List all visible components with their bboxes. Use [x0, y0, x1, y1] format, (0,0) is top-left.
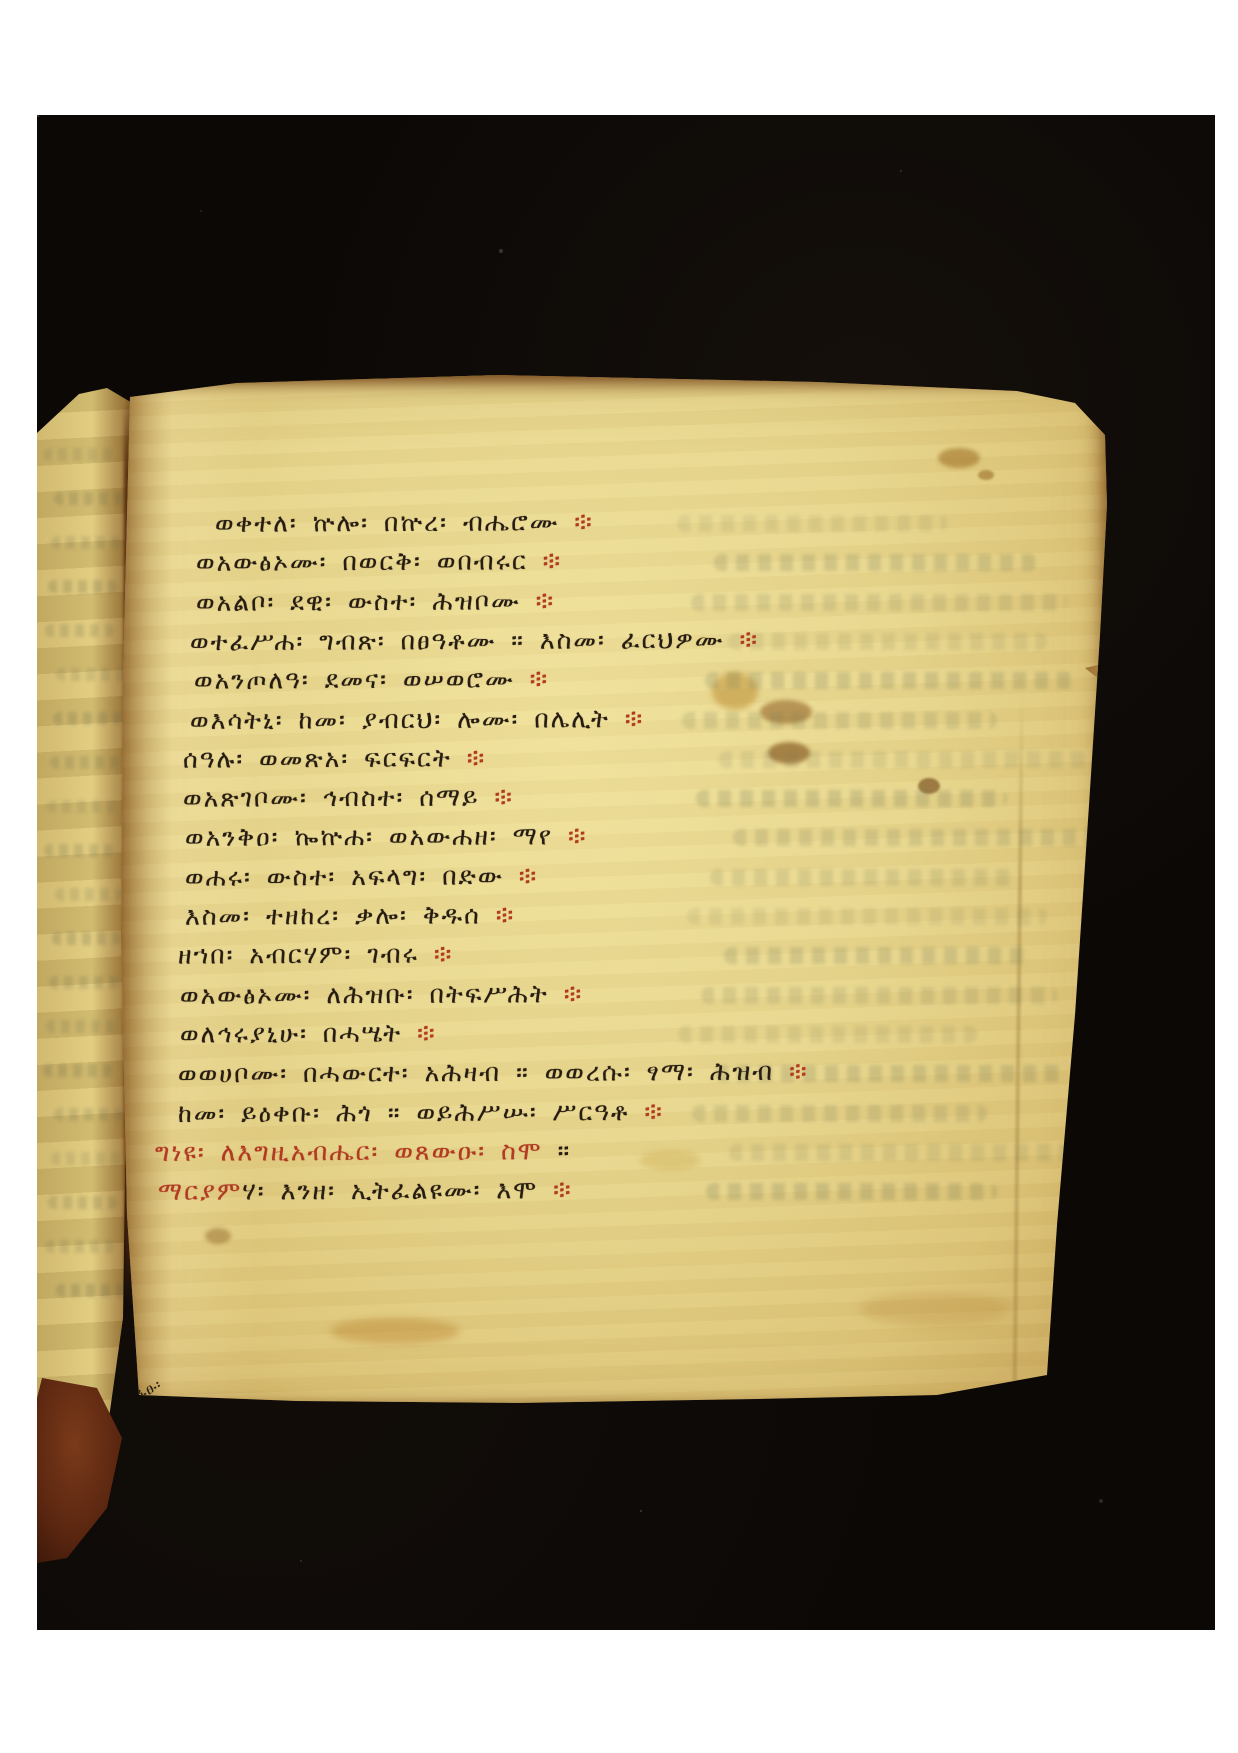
bleed-through-row	[692, 1105, 987, 1122]
bleed-through-row	[55, 888, 125, 901]
bleed-through-row	[728, 633, 1047, 650]
manuscript-line: ከመ፡ ይዕቀቡ፡ ሕጎ ። ወይሕሥሡ፡ ሥርዓቶ ፨	[178, 1093, 664, 1135]
manuscript-text-segment: ወአንጦለዓ፡ ደመና፡ ወሠወሮሙ	[194, 665, 515, 695]
manuscript-line: ወቀተለ፡ ኵሎ፡ በኵረ፡ ብሔሮሙ ፨	[215, 504, 594, 546]
manuscript-text-segment: ወቀተለ፡ ኵሎ፡ በኵረ፡ ብሔሮሙ	[215, 507, 559, 538]
bleed-through-row	[706, 1183, 997, 1200]
manuscript-line: ወአንጦለዓ፡ ደመና፡ ወሠወሮሙ ፨	[194, 661, 549, 703]
manuscript-line: ግነዩ፡ ለእግዚአብሔር፡ ወጸውዑ፡ ስሞ ።	[155, 1133, 571, 1175]
manuscript-text-segment: ወእሳትኒ፡ ከመ፡ ያብርህ፡ ሎሙ፡ በሌሊት	[190, 704, 610, 735]
bleed-through-row	[687, 908, 1047, 925]
manuscript-text-segment: ፨	[419, 940, 454, 969]
bleed-through-row	[714, 554, 1037, 571]
manuscript-text-segment: ፨	[479, 782, 514, 811]
manuscript-text-segment: ፨	[538, 1175, 573, 1204]
bleed-through-row	[701, 987, 1057, 1004]
manuscript-line: ወተፈሥሐ፡ ግብጽ፡ በፀዓቶሙ ። እስመ፡ ፈርህዎሙ ፨	[190, 622, 759, 664]
stain	[640, 1150, 700, 1170]
manuscript-text-segment: ፨	[521, 586, 556, 615]
bleed-through-row	[56, 1284, 126, 1297]
manuscript-line: እስመ፡ ተዘከረ፡ ቃሎ፡ ቅዱሰ ፨	[185, 897, 515, 938]
corner-fold	[1085, 650, 1185, 712]
bleed-through-row	[678, 1026, 977, 1043]
manuscript-text-segment: ወአውፅኦሙ፡ ለሕዝቡ፡ በትፍሥሕት	[180, 979, 549, 1010]
bleed-through-row	[877, 1565, 1077, 1582]
spine-end	[37, 1378, 132, 1563]
manuscript-photo: ወቀተለ፡ ኵሎ፡ በኵረ፡ ብሔሮሙ ፨ወአውፅኦሙ፡ በወርቅ፡ ወበብሩር…	[37, 115, 1215, 1630]
manuscript-line: ወእሳትኒ፡ ከመ፡ ያብርህ፡ ሎሙ፡ በሌሊት ፨	[190, 701, 644, 743]
bleed-through-row	[54, 1108, 124, 1121]
manuscript-text-segment: ፨	[724, 625, 759, 654]
bleed-through-row	[45, 624, 115, 637]
scan-sheet: { "photo": { "background_color": "#0b080…	[0, 0, 1238, 1753]
manuscript-text-segment: ወአውፅኦሙ፡ በወርቅ፡ ወበብሩር	[196, 547, 528, 577]
stain	[205, 1228, 231, 1244]
manuscript-text-segment: ዘኀበ፡ አብርሃም፡ ገብሩ	[178, 940, 419, 970]
manuscript-text-segment: እስመ፡ ተዘከረ፡ ቃሎ፡ ቅዱሰ	[185, 900, 481, 930]
manuscript-text-segment: ፨	[553, 822, 588, 851]
manuscript-page: ወቀተለ፡ ኵሎ፡ በኵረ፡ ብሔሮሙ ፨ወአውፅኦሙ፡ በወርቅ፡ ወበብሩር…	[117, 375, 1112, 1415]
bleed-through-row	[50, 756, 120, 769]
manuscript-text-segment: ፨	[402, 1018, 437, 1047]
manuscript-text-segment: ፨	[559, 507, 594, 536]
bleed-through-row	[719, 751, 1087, 768]
manuscript-text-segment: ወአንቅዐ፡ ኰኵሐ፡ ወአውሐዘ፡ ማየ	[185, 822, 553, 853]
bleed-through-row	[729, 1144, 1077, 1161]
manuscript-line: ማርያምሃ፡ እንዘ፡ ኢትፈልዩሙ፡ እሞ ፨	[158, 1172, 573, 1214]
bleed-through-row	[44, 844, 114, 857]
bleed-through-row	[51, 536, 121, 549]
bleed-through-row	[48, 1196, 118, 1209]
manuscript-text-segment: ሰዓሉ፡ ወመጽአ፡ ፍርፍርት	[183, 743, 452, 773]
bleed-through-row	[56, 668, 126, 681]
stain	[330, 1318, 460, 1344]
manuscript-line: ወሐሩ፡ ውስተ፡ አፍላግ፡ በድው ፨	[185, 858, 538, 900]
manuscript-text-segment: ፨	[452, 743, 487, 772]
manuscript-text-segment: ፨	[629, 1096, 664, 1125]
manuscript-text-segment: ፨	[610, 704, 645, 733]
bleed-through-row	[724, 947, 1027, 964]
bleed-through-row	[710, 869, 1017, 886]
bleed-through-row	[43, 448, 113, 461]
bleed-through-row	[677, 515, 947, 532]
bleed-through-row	[53, 712, 123, 725]
marginal-ink-note: ፡በ፡ተፋፁ፡	[106, 1375, 165, 1417]
bleed-through-row	[682, 712, 997, 729]
bleed-through-row	[51, 1152, 121, 1165]
manuscript-line: ዘኀበ፡ አብርሃም፡ ገብሩ ፨	[178, 937, 454, 978]
manuscript-text-segment: ፨	[549, 979, 584, 1008]
bleed-through-row	[46, 1020, 116, 1033]
bleed-through-row	[733, 829, 1097, 846]
manuscript-text-segment: ወአልቦ፡ ደዊ፡ ውስተ፡ ሕዝቦሙ	[196, 586, 521, 616]
manuscript-text-segment: ወለኅሩያኒሁ፡ በሓሤት	[180, 1018, 402, 1048]
bleed-through-row	[49, 976, 119, 989]
manuscript-text-segment: ሃ፡ እንዘ፡ ኢትፈልዩሙ፡ እሞ	[242, 1175, 538, 1205]
manuscript-text-segment: ከመ፡ ይዕቀቡ፡ ሕጎ ። ወይሕሥሡ፡ ሥርዓቶ	[178, 1097, 629, 1128]
manuscript-text-segment: ወወሀቦሙ፡ በሓውርተ፡ አሕዛብ ። ወወረሱ፡ ፃማ፡ ሕዝብ	[178, 1057, 774, 1089]
dust-specks	[37, 115, 39, 117]
bleed-through-row	[691, 594, 1067, 611]
manuscript-text-segment: ግነዩ፡ ለእግዚአብሔር፡ ወጸውዑ፡ ስሞ	[155, 1136, 543, 1167]
manuscript-text-segment: ፨	[774, 1057, 809, 1086]
manuscript-text-segment: ማርያም	[158, 1177, 242, 1206]
manuscript-text-segment: ፨	[481, 900, 516, 929]
manuscript-text-segment: ፨	[504, 861, 539, 890]
manuscript-line: ወወሀቦሙ፡ በሓውርተ፡ አሕዛብ ። ወወረሱ፡ ፃማ፡ ሕዝብ ፨	[178, 1054, 809, 1097]
stain	[860, 1292, 1010, 1326]
bleed-through-row	[52, 932, 122, 945]
bleed-through-row	[47, 800, 117, 813]
manuscript-line: ወአንቅዐ፡ ኰኵሐ፡ ወአውሐዘ፡ ማየ ፨	[185, 819, 588, 861]
manuscript-text-segment: ወተፈሥሐ፡ ግብጽ፡ በፀዓቶሙ ። እስመ፡ ፈርህዎሙ	[190, 625, 725, 656]
manuscript-text-segment: ፨	[528, 546, 563, 575]
bleed-through-row	[696, 790, 1007, 807]
bleed-through-row	[54, 492, 124, 505]
manuscript-line: ወአውፅኦሙ፡ በወርቅ፡ ወበብሩር ፨	[196, 543, 562, 585]
manuscript-line: ሰዓሉ፡ ወመጽአ፡ ፍርፍርት ፨	[183, 740, 486, 781]
manuscript-line: ወለኅሩያኒሁ፡ በሓሤት ፨	[180, 1015, 437, 1056]
bleed-through-row	[705, 672, 1077, 689]
bleed-through-row	[45, 1240, 115, 1253]
bleed-through-row	[43, 1064, 113, 1077]
manuscript-text-segment: ፨	[515, 664, 550, 693]
stain	[938, 448, 980, 468]
manuscript-line: ወአጽገቦሙ፡ ኅብስተ፡ ሰማይ ፨	[183, 779, 514, 820]
bleed-through-row	[817, 1603, 1077, 1620]
manuscript-line: ወአውፅኦሙ፡ ለሕዝቡ፡ በትፍሥሕት ፨	[180, 976, 583, 1018]
manuscript-text-segment: ወሐሩ፡ ውስተ፡ አፍላግ፡ በድው	[185, 861, 504, 891]
ink-speck	[490, 1560, 494, 1564]
manuscript-text-segment: ።	[543, 1136, 572, 1165]
bleed-through-row	[48, 580, 118, 593]
manuscript-text-segment: ወአጽገቦሙ፡ ኅብስተ፡ ሰማይ	[183, 783, 480, 813]
manuscript-line: ወአልቦ፡ ደዊ፡ ውስተ፡ ሕዝቦሙ ፨	[196, 583, 555, 625]
stain	[978, 470, 994, 480]
page-number-pencil: 120	[911, 1491, 963, 1522]
